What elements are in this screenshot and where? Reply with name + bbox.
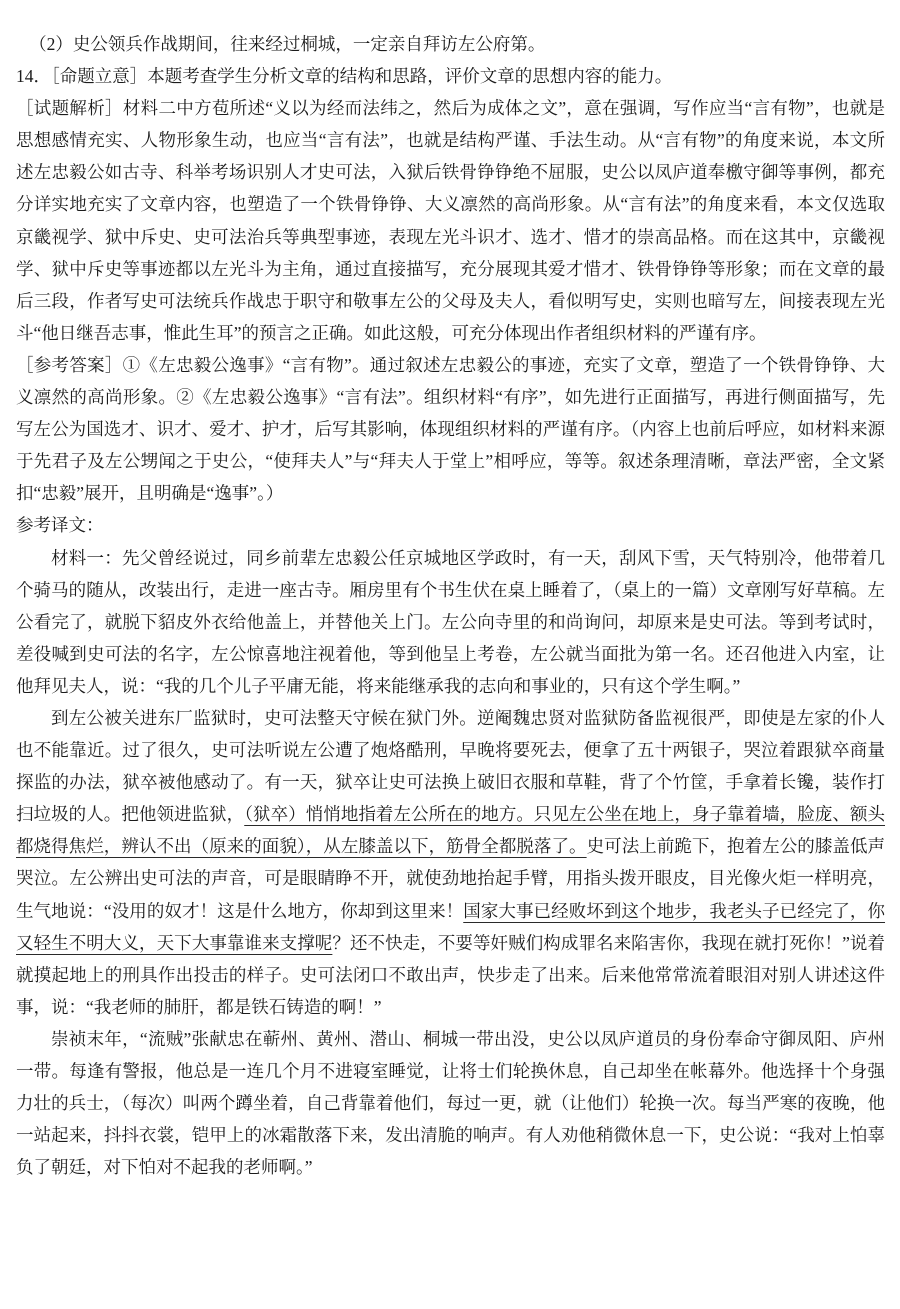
question-14-intent-line: 14．［命题立意］本题考查学生分析文章的结构和思路，评价文章的思想内容的能力。 — [16, 60, 885, 92]
analysis-label: ［试题解析］ — [16, 98, 123, 118]
intent-text: 本题考查学生分析文章的结构和思路，评价文章的思想内容的能力。 — [147, 66, 672, 86]
scanned-answer-document: （2）史公领兵作战期间，往来经过桐城，一定亲自拜访左公府第。 14．［命题立意］… — [0, 0, 900, 1309]
translation-paragraph-2: 到左公被关进东厂监狱时，史可法整天守候在狱门外。逆阉魏忠贤对监狱防备监视很严，即… — [16, 702, 885, 1023]
answer-item-2-text: （2）史公领兵作战期间，往来经过桐城，一定亲自拜访左公府第。 — [29, 34, 545, 54]
translation-heading: 参考译文： — [16, 509, 885, 541]
reference-answer-paragraph: ［参考答案］①《左忠毅公逸事》“言有物”。通过叙述左忠毅公的事迹，充实了文章，塑… — [16, 349, 885, 509]
analysis-text: 材料二中方苞所述“义以为经而法纬之，然后为成体之文”，意在强调，写作应当“言有物… — [16, 98, 885, 343]
reference-answer-text: ①《左忠毅公逸事》“言有物”。通过叙述左忠毅公的事迹，充实了文章，塑造了一个铁骨… — [16, 355, 885, 503]
answer-item-2-line: （2）史公领兵作战期间，往来经过桐城，一定亲自拜访左公府第。 — [16, 28, 885, 60]
intent-label: ［命题立意］ — [51, 66, 147, 86]
question-number: 14． — [16, 66, 51, 86]
reference-answer-label: ［参考答案］ — [16, 355, 123, 375]
translation-paragraph-1: 材料一：先父曾经说过，同乡前辈左忠毅公任京城地区学政时，有一天，刮风下雪，天气特… — [16, 542, 885, 702]
translation-paragraph-3: 崇祯末年，“流贼”张献忠在蕲州、黄州、潜山、桐城一带出没，史公以凤庐道员的身份奉… — [16, 1023, 885, 1183]
analysis-paragraph: ［试题解析］材料二中方苞所述“义以为经而法纬之，然后为成体之文”，意在强调，写作… — [16, 92, 885, 349]
